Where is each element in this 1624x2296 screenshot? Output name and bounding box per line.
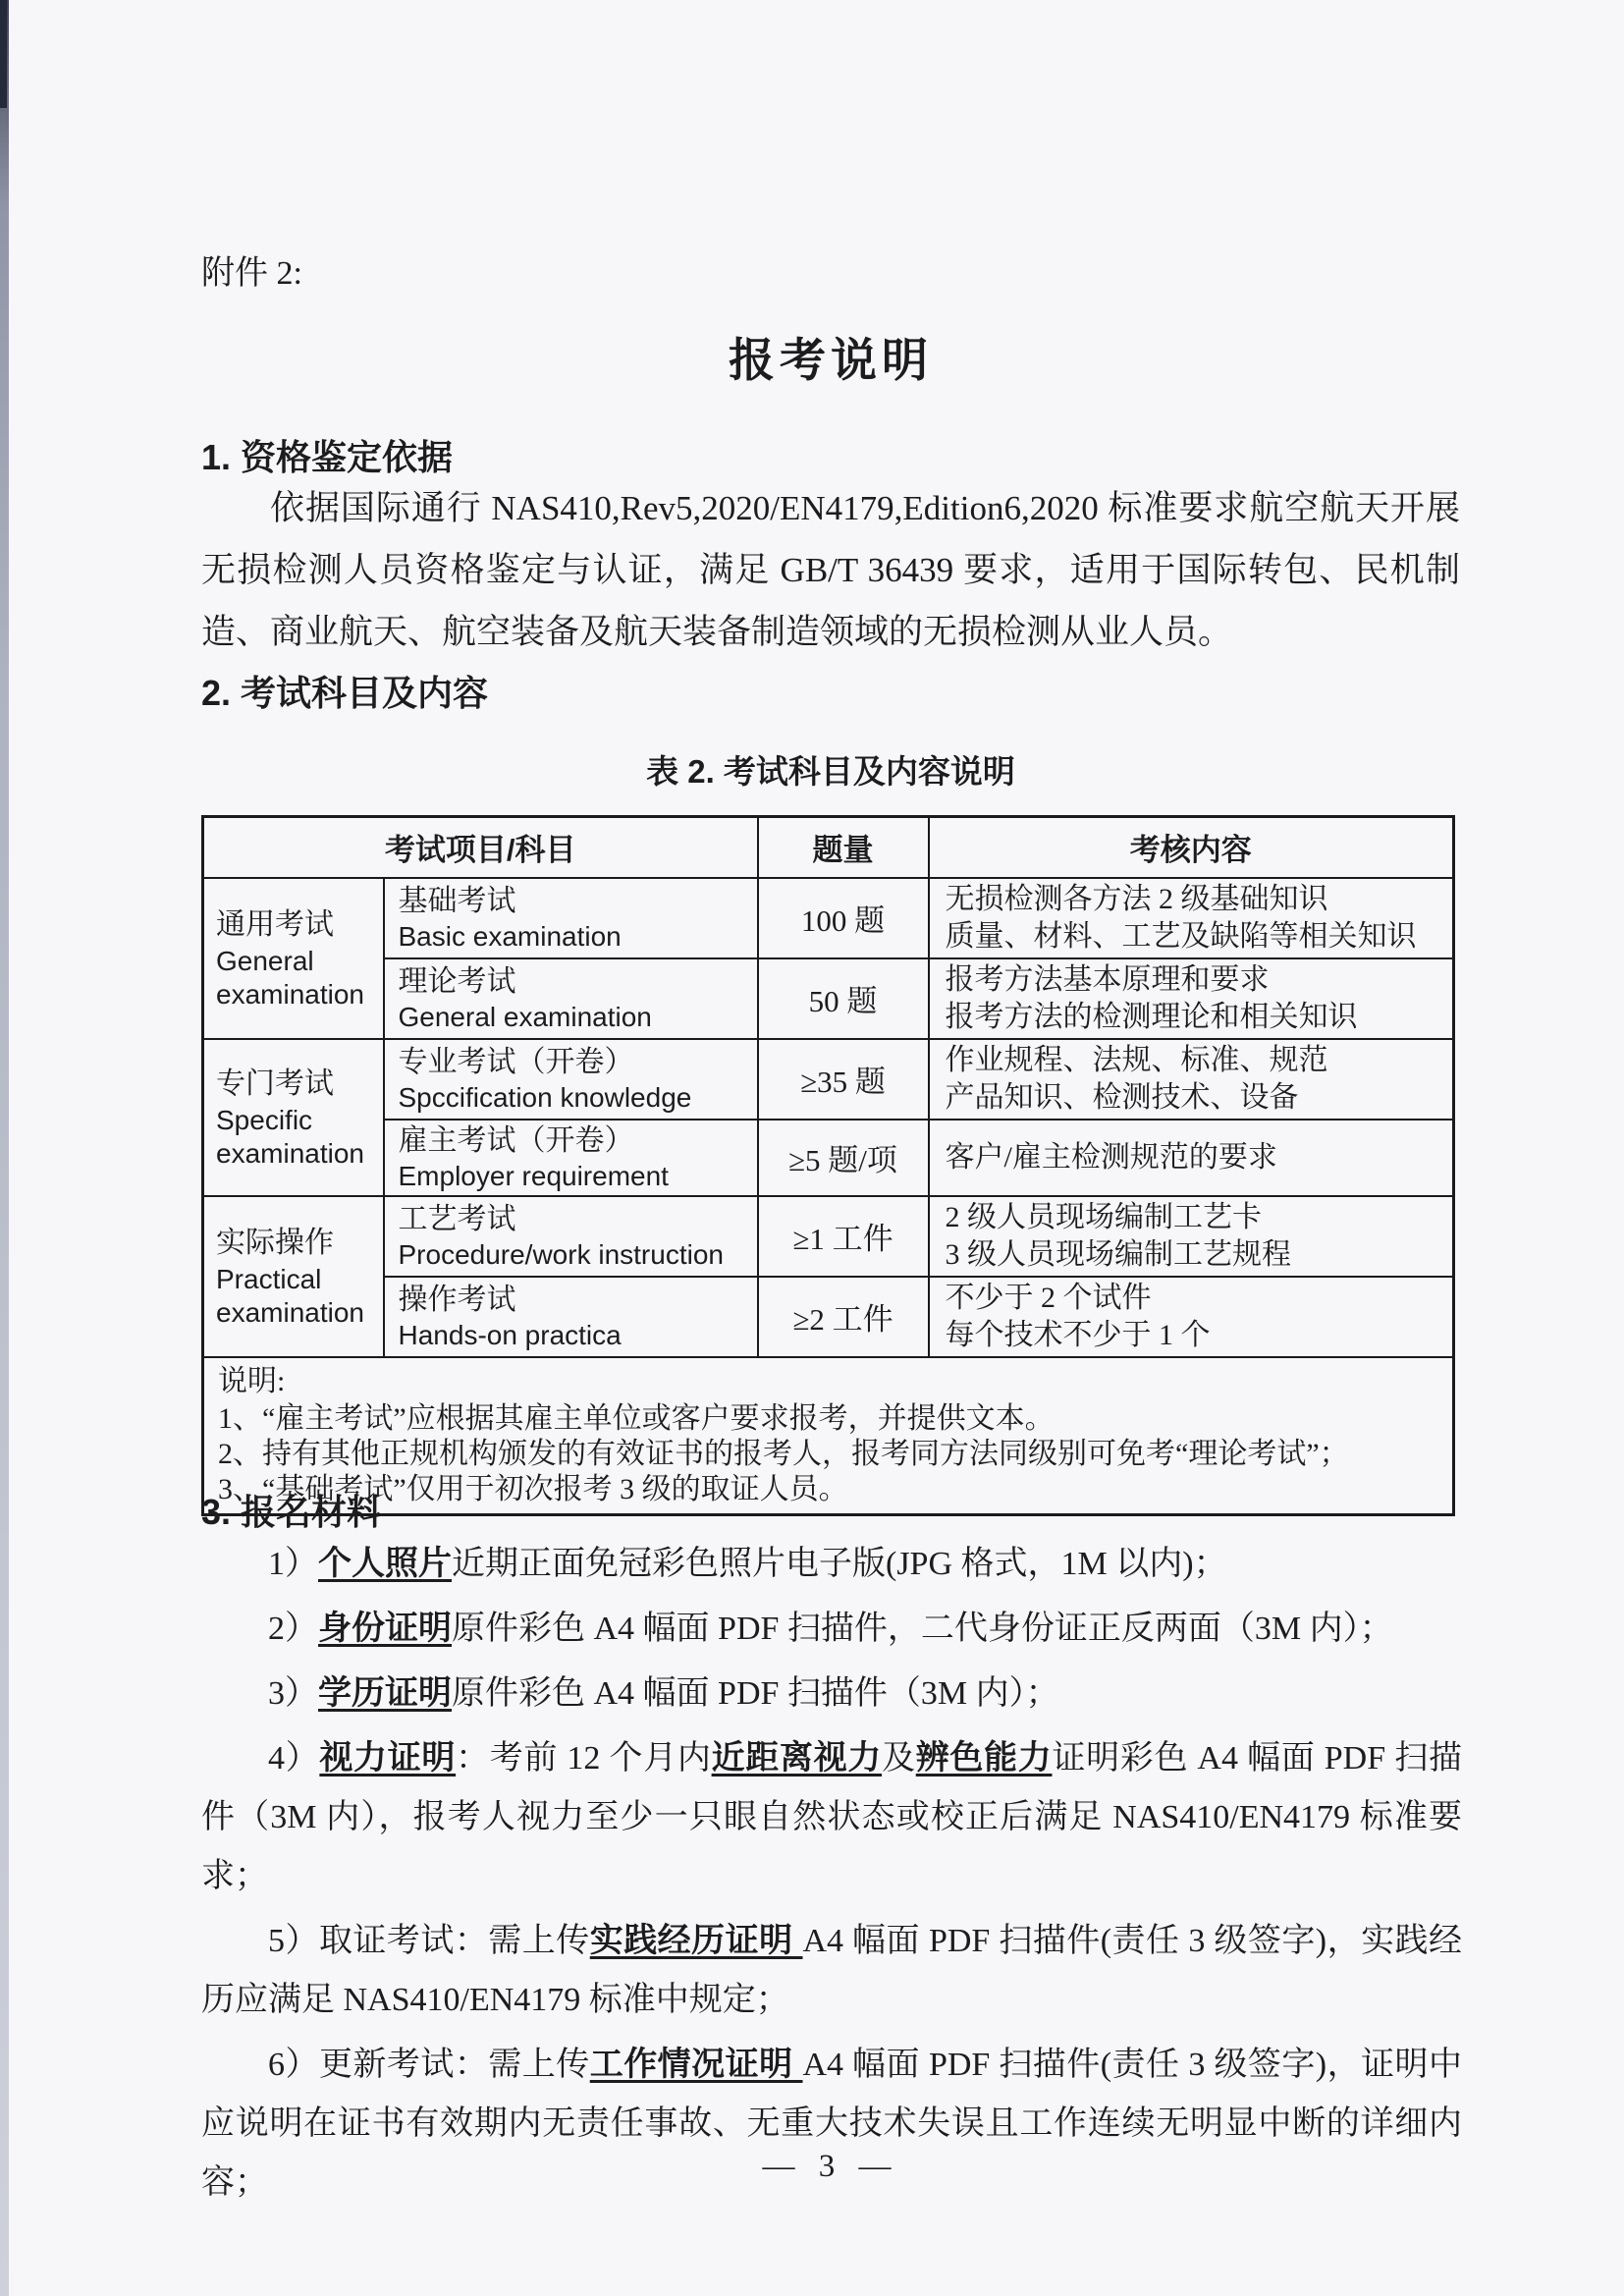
subject-zh: 基础考试	[399, 883, 747, 920]
exam-subjects-table: 考试项目/科目 题量 考核内容 通用考试 General examination…	[201, 815, 1455, 1516]
subject-cell: 基础考试 Basic examination	[384, 878, 758, 958]
emphasized-text: 近距离视力	[712, 1739, 882, 1777]
section2-heading: 2. 考试科目及内容	[201, 666, 1460, 716]
category-cell-practical: 实际操作 Practical examination	[203, 1196, 384, 1357]
section1-heading: 1. 资格鉴定依据	[201, 430, 1460, 480]
subject-zh: 理论考试	[399, 963, 747, 1001]
table-header-row: 考试项目/科目 题量 考核内容	[203, 817, 1454, 878]
content-cell: 报考方法基本原理和要求 报考方法的检测理论和相关知识	[929, 958, 1454, 1039]
quantity-cell: ≥1 工件	[758, 1196, 929, 1277]
subject-cell: 操作考试 Hands-on practica	[384, 1277, 758, 1357]
attachment-label: 附件 2:	[201, 246, 302, 294]
plain-text: 原件彩色 A4 幅面 PDF 扫描件，二代身份证正反两面（3M 内）；	[452, 1611, 1393, 1647]
subject-en: Spccification knowledge	[399, 1081, 747, 1115]
table-row: 专门考试 Specific examination 专业考试（开卷） Spcci…	[203, 1039, 1454, 1120]
emphasized-text: 视力证明	[319, 1739, 456, 1777]
table-row: 理论考试 General examination 50 题 报考方法基本原理和要…	[203, 958, 1454, 1039]
subject-en: General examination	[399, 1001, 747, 1034]
table-row: 操作考试 Hands-on practica ≥2 工件 不少于 2 个试件 每…	[203, 1277, 1454, 1357]
subject-zh: 工艺考试	[399, 1201, 747, 1238]
note-line: 2、持有其他正规机构颁发的有效证书的报考人，报考同方法同级别可免考“理论考试”；	[218, 1437, 1438, 1472]
plain-text: 2）	[268, 1611, 318, 1647]
category-zh: 专门考试	[216, 1065, 373, 1104]
plain-text: 近期正面免冠彩色照片电子版(JPG 格式，1M 以内)；	[452, 1546, 1227, 1582]
content-cell: 2 级人员现场编制工艺卡 3 级人员现场编制工艺规程	[929, 1196, 1454, 1277]
category-cell-general: 通用考试 General examination	[203, 878, 384, 1039]
content-line: 质量、材料、工艺及缺陷等相关知识	[946, 918, 1443, 956]
quantity-cell: ≥5 题/项	[758, 1120, 929, 1196]
category-zh: 通用考试	[216, 905, 373, 945]
subject-en: Employer requirement	[399, 1160, 747, 1193]
header-quantity: 题量	[758, 817, 929, 878]
subject-cell: 工艺考试 Procedure/work instruction	[384, 1196, 758, 1277]
plain-text: 原件彩色 A4 幅面 PDF 扫描件（3M 内）；	[452, 1675, 1059, 1712]
table-row: 雇主考试（开卷） Employer requirement ≥5 题/项 客户/…	[203, 1120, 1454, 1196]
quantity-cell: 100 题	[758, 878, 929, 958]
subject-cell: 专业考试（开卷） Spccification knowledge	[384, 1039, 758, 1120]
emphasized-text: 实践经历证明	[590, 1922, 803, 1959]
document-page: 附件 2: 报考说明 1. 资格鉴定依据 依据国际通行 NAS410,Rev5,…	[0, 0, 1624, 2296]
page-number: — 3 —	[201, 2149, 1460, 2185]
material-item-2: 2）身份证明原件彩色 A4 幅面 PDF 扫描件，二代身份证正反两面（3M 内）…	[201, 1599, 1462, 1659]
section1-paragraph: 依据国际通行 NAS410,Rev5,2020/EN4179,Edition6,…	[201, 477, 1460, 663]
content-line: 作业规程、法规、标准、规范	[946, 1042, 1443, 1079]
note-line: 1、“雇主考试”应根据其雇主单位或客户要求报考，并提供文本。	[218, 1401, 1438, 1437]
subject-cell: 理论考试 General examination	[384, 958, 758, 1039]
subject-zh: 专业考试（开卷）	[399, 1044, 747, 1081]
scan-edge-artifact	[0, 0, 9, 2296]
quantity-cell: 50 题	[758, 958, 929, 1039]
quantity-cell: ≥35 题	[758, 1039, 929, 1120]
category-en: Practical examination	[216, 1263, 373, 1330]
emphasized-text: 学历证明	[318, 1674, 452, 1712]
category-en: General examination	[216, 945, 373, 1011]
emphasized-text: 工作情况证明	[590, 2046, 803, 2083]
content-line: 2 级人员现场编制工艺卡	[946, 1199, 1443, 1236]
section3-heading: 3. 报名材料	[201, 1485, 1460, 1535]
table-caption: 表 2. 考试科目及内容说明	[201, 746, 1460, 793]
material-item-6: 6）更新考试：需上传工作情况证明 A4 幅面 PDF 扫描件(责任 3 级签字)…	[201, 2035, 1462, 2213]
content-line: 3 级人员现场编制工艺规程	[946, 1236, 1443, 1274]
emphasized-text: 辨色能力	[916, 1739, 1053, 1777]
content-line: 无损检测各方法 2 级基础知识	[946, 881, 1443, 918]
plain-text: 及	[882, 1740, 916, 1777]
plain-text: 3）	[268, 1675, 318, 1712]
application-materials-list: 1）个人照片近期正面免冠彩色照片电子版(JPG 格式，1M 以内)； 2）身份证…	[201, 1534, 1462, 2217]
content-line: 每个技术不少于 1 个	[946, 1317, 1443, 1354]
subject-cell: 雇主考试（开卷） Employer requirement	[384, 1120, 758, 1196]
subject-zh: 雇主考试（开卷）	[399, 1122, 747, 1160]
material-item-1: 1）个人照片近期正面免冠彩色照片电子版(JPG 格式，1M 以内)；	[201, 1534, 1462, 1594]
content-line: 不少于 2 个试件	[946, 1280, 1443, 1317]
content-cell: 不少于 2 个试件 每个技术不少于 1 个	[929, 1277, 1454, 1357]
emphasized-text: 身份证明	[318, 1610, 452, 1647]
content-cell: 无损检测各方法 2 级基础知识 质量、材料、工艺及缺陷等相关知识	[929, 878, 1454, 958]
plain-text: 6）更新考试：需上传	[268, 2047, 590, 2083]
category-zh: 实际操作	[216, 1224, 373, 1263]
material-item-4: 4）视力证明：考前 12 个月内近距离视力及辨色能力证明彩色 A4 幅面 PDF…	[201, 1728, 1462, 1906]
subject-zh: 操作考试	[399, 1282, 747, 1319]
header-content: 考核内容	[929, 817, 1454, 878]
content-line: 产品知识、检测技术、设备	[946, 1079, 1443, 1117]
plain-text: 1）	[268, 1546, 318, 1582]
content-line: 报考方法的检测理论和相关知识	[946, 999, 1443, 1036]
content-cell: 客户/雇主检测规范的要求	[929, 1120, 1454, 1196]
material-item-3: 3）学历证明原件彩色 A4 幅面 PDF 扫描件（3M 内）；	[201, 1664, 1462, 1723]
subject-en: Basic examination	[399, 920, 747, 954]
notes-label: 说明:	[218, 1364, 1438, 1399]
page-title: 报考说明	[201, 324, 1460, 390]
plain-text: 5）取证考试：需上传	[268, 1923, 590, 1959]
category-cell-specific: 专门考试 Specific examination	[203, 1039, 384, 1196]
quantity-cell: ≥2 工件	[758, 1277, 929, 1357]
category-en: Specific examination	[216, 1104, 373, 1171]
content-cell: 作业规程、法规、标准、规范 产品知识、检测技术、设备	[929, 1039, 1454, 1120]
table-row: 实际操作 Practical examination 工艺考试 Procedur…	[203, 1196, 1454, 1277]
scan-corner-artifact	[0, 0, 7, 108]
header-subject: 考试项目/科目	[203, 817, 758, 878]
subject-en: Procedure/work instruction	[399, 1238, 747, 1272]
plain-text: ：考前 12 个月内	[456, 1740, 712, 1777]
material-item-5: 5）取证考试：需上传实践经历证明 A4 幅面 PDF 扫描件(责任 3 级签字)…	[201, 1911, 1462, 2030]
emphasized-text: 个人照片	[318, 1545, 452, 1582]
content-line: 客户/雇主检测规范的要求	[946, 1139, 1443, 1176]
subject-en: Hands-on practica	[399, 1319, 747, 1352]
plain-text: 4）	[268, 1740, 319, 1777]
content-line: 报考方法基本原理和要求	[946, 961, 1443, 999]
table-row: 通用考试 General examination 基础考试 Basic exam…	[203, 878, 1454, 958]
